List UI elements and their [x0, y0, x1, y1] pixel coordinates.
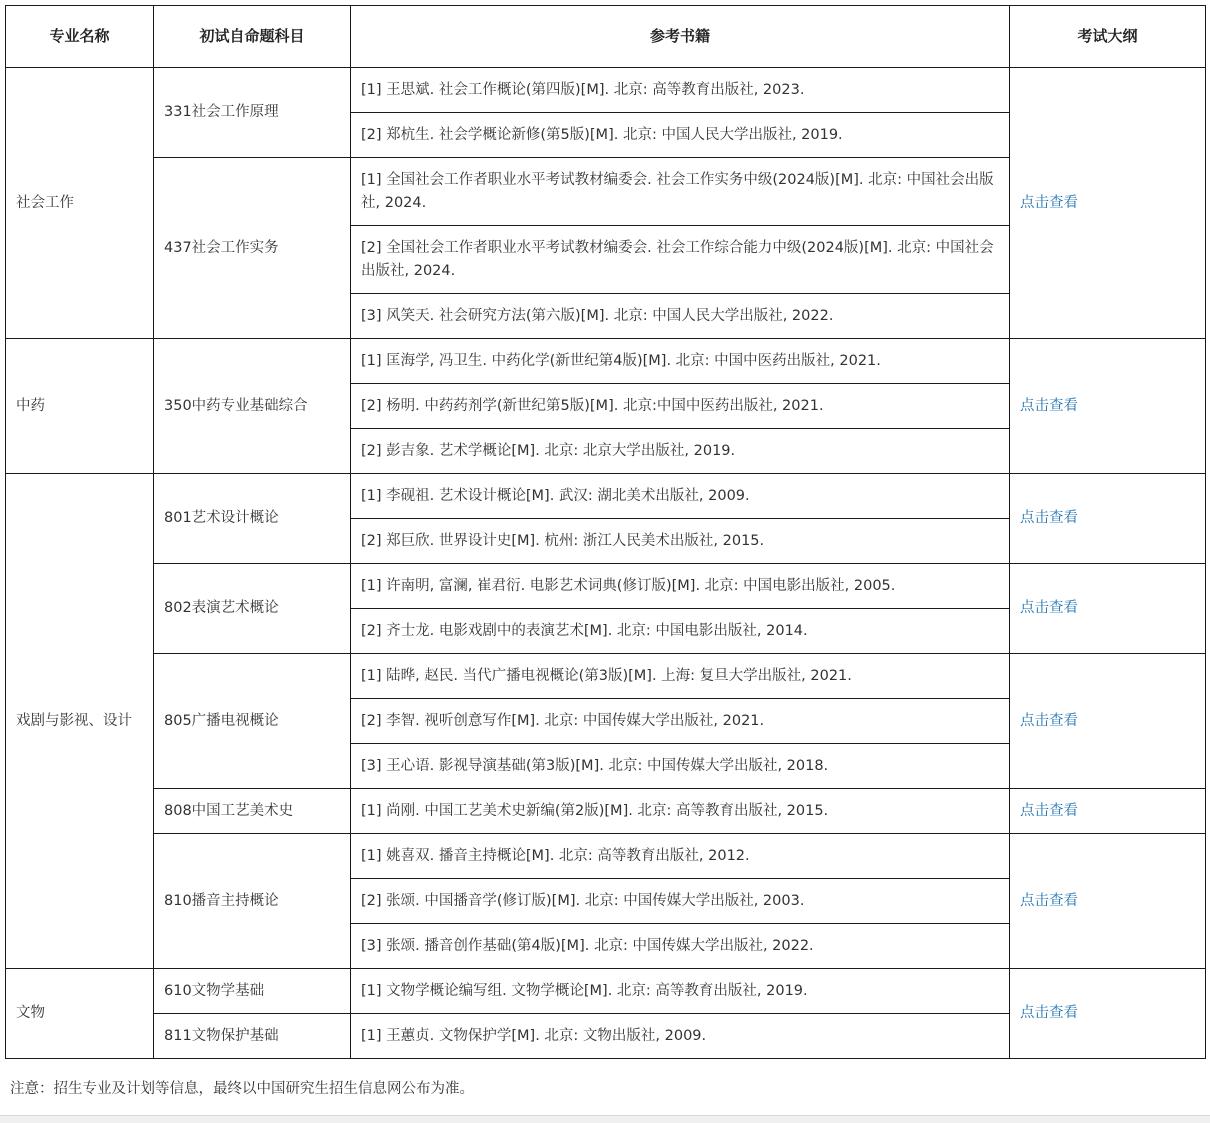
header-major: 专业名称 — [6, 6, 154, 68]
outline-link[interactable]: 点击查看 — [1020, 713, 1078, 729]
book-cell: [2] 齐士龙. 电影戏剧中的表演艺术[M]. 北京: 中国电影出版社, 201… — [351, 609, 1010, 654]
book-cell: [2] 李智. 视听创意写作[M]. 北京: 中国传媒大学出版社, 2021. — [351, 699, 1010, 744]
table-row: 社会工作 331社会工作原理 [1] 王思斌. 社会工作概论(第四版)[M]. … — [6, 68, 1206, 113]
subject-cell: 802表演艺术概论 — [154, 564, 351, 654]
table-row: 808中国工艺美术史 [1] 尚刚. 中国工艺美术史新编(第2版)[M]. 北京… — [6, 789, 1206, 834]
table-row: 文物 610文物学基础 [1] 文物学概论编写组. 文物学概论[M]. 北京: … — [6, 969, 1206, 1014]
subject-cell: 331社会工作原理 — [154, 68, 351, 158]
book-cell: [1] 王思斌. 社会工作概论(第四版)[M]. 北京: 高等教育出版社, 20… — [351, 68, 1010, 113]
subject-cell: 350中药专业基础综合 — [154, 339, 351, 474]
reference-books-table: 专业名称 初试自命题科目 参考书籍 考试大纲 社会工作 331社会工作原理 [1… — [5, 5, 1206, 1059]
outline-link[interactable]: 点击查看 — [1020, 600, 1078, 616]
outline-cell: 点击查看 — [1010, 339, 1206, 474]
header-books: 参考书籍 — [351, 6, 1010, 68]
book-cell: [1] 李砚祖. 艺术设计概论[M]. 武汉: 湖北美术出版社, 2009. — [351, 474, 1010, 519]
outline-cell: 点击查看 — [1010, 68, 1206, 339]
book-cell: [3] 王心语. 影视导演基础(第3版)[M]. 北京: 中国传媒大学出版社, … — [351, 744, 1010, 789]
book-cell: [1] 尚刚. 中国工艺美术史新编(第2版)[M]. 北京: 高等教育出版社, … — [351, 789, 1010, 834]
major-cell: 社会工作 — [6, 68, 154, 339]
book-cell: [1] 匡海学, 冯卫生. 中药化学(新世纪第4版)[M]. 北京: 中国中医药… — [351, 339, 1010, 384]
book-cell: [2] 全国社会工作者职业水平考试教材编委会. 社会工作综合能力中级(2024版… — [351, 226, 1010, 294]
outline-link[interactable]: 点击查看 — [1020, 510, 1078, 526]
table-row: 戏剧与影视、设计 801艺术设计概论 [1] 李砚祖. 艺术设计概论[M]. 武… — [6, 474, 1206, 519]
subject-cell: 805广播电视概论 — [154, 654, 351, 789]
subject-cell: 437社会工作实务 — [154, 158, 351, 339]
book-cell: [3] 风笑天. 社会研究方法(第六版)[M]. 北京: 中国人民大学出版社, … — [351, 294, 1010, 339]
subject-cell: 610文物学基础 — [154, 969, 351, 1014]
outline-cell: 点击查看 — [1010, 789, 1206, 834]
major-cell: 文物 — [6, 969, 154, 1059]
major-cell: 中药 — [6, 339, 154, 474]
book-cell: [1] 姚喜双. 播音主持概论[M]. 北京: 高等教育出版社, 2012. — [351, 834, 1010, 879]
table-row: 805广播电视概论 [1] 陆晔, 赵民. 当代广播电视概论(第3版)[M]. … — [6, 654, 1206, 699]
outline-cell: 点击查看 — [1010, 564, 1206, 654]
outline-link[interactable]: 点击查看 — [1020, 1005, 1078, 1021]
page-bottom-divider — [0, 1115, 1210, 1123]
outline-link[interactable]: 点击查看 — [1020, 893, 1078, 909]
subject-cell: 810播音主持概论 — [154, 834, 351, 969]
subject-cell: 811文物保护基础 — [154, 1014, 351, 1059]
outline-cell: 点击查看 — [1010, 474, 1206, 564]
outline-link[interactable]: 点击查看 — [1020, 803, 1078, 819]
book-cell: [2] 郑杭生. 社会学概论新修(第5版)[M]. 北京: 中国人民大学出版社,… — [351, 113, 1010, 158]
subject-cell: 808中国工艺美术史 — [154, 789, 351, 834]
book-cell: [3] 张颂. 播音创作基础(第4版)[M]. 北京: 中国传媒大学出版社, 2… — [351, 924, 1010, 969]
book-cell: [2] 张颂. 中国播音学(修订版)[M]. 北京: 中国传媒大学出版社, 20… — [351, 879, 1010, 924]
table-row: 802表演艺术概论 [1] 许南明, 富澜, 崔君衍. 电影艺术词典(修订版)[… — [6, 564, 1206, 609]
major-cell: 戏剧与影视、设计 — [6, 474, 154, 969]
outline-cell: 点击查看 — [1010, 969, 1206, 1059]
table-row: 810播音主持概论 [1] 姚喜双. 播音主持概论[M]. 北京: 高等教育出版… — [6, 834, 1206, 879]
notice-text: 注意：招生专业及计划等信息，最终以中国研究生招生信息网公布为准。 — [10, 1077, 474, 1098]
outline-link[interactable]: 点击查看 — [1020, 195, 1078, 211]
outline-cell: 点击查看 — [1010, 834, 1206, 969]
book-cell: [1] 陆晔, 赵民. 当代广播电视概论(第3版)[M]. 上海: 复旦大学出版… — [351, 654, 1010, 699]
book-cell: [2] 彭吉象. 艺术学概论[M]. 北京: 北京大学出版社, 2019. — [351, 429, 1010, 474]
page-content: 专业名称 初试自命题科目 参考书籍 考试大纲 社会工作 331社会工作原理 [1… — [5, 5, 1205, 1059]
book-cell: [2] 郑巨欣. 世界设计史[M]. 杭州: 浙江人民美术出版社, 2015. — [351, 519, 1010, 564]
book-cell: [1] 文物学概论编写组. 文物学概论[M]. 北京: 高等教育出版社, 201… — [351, 969, 1010, 1014]
book-cell: [1] 王蕙贞. 文物保护学[M]. 北京: 文物出版社, 2009. — [351, 1014, 1010, 1059]
outline-link[interactable]: 点击查看 — [1020, 398, 1078, 414]
table-row: 中药 350中药专业基础综合 [1] 匡海学, 冯卫生. 中药化学(新世纪第4版… — [6, 339, 1206, 384]
table-header-row: 专业名称 初试自命题科目 参考书籍 考试大纲 — [6, 6, 1206, 68]
book-cell: [2] 杨明. 中药药剂学(新世纪第5版)[M]. 北京:中国中医药出版社, 2… — [351, 384, 1010, 429]
header-subject: 初试自命题科目 — [154, 6, 351, 68]
header-outline: 考试大纲 — [1010, 6, 1206, 68]
subject-cell: 801艺术设计概论 — [154, 474, 351, 564]
book-cell: [1] 许南明, 富澜, 崔君衍. 电影艺术词典(修订版)[M]. 北京: 中国… — [351, 564, 1010, 609]
book-cell: [1] 全国社会工作者职业水平考试教材编委会. 社会工作实务中级(2024版)[… — [351, 158, 1010, 226]
outline-cell: 点击查看 — [1010, 654, 1206, 789]
